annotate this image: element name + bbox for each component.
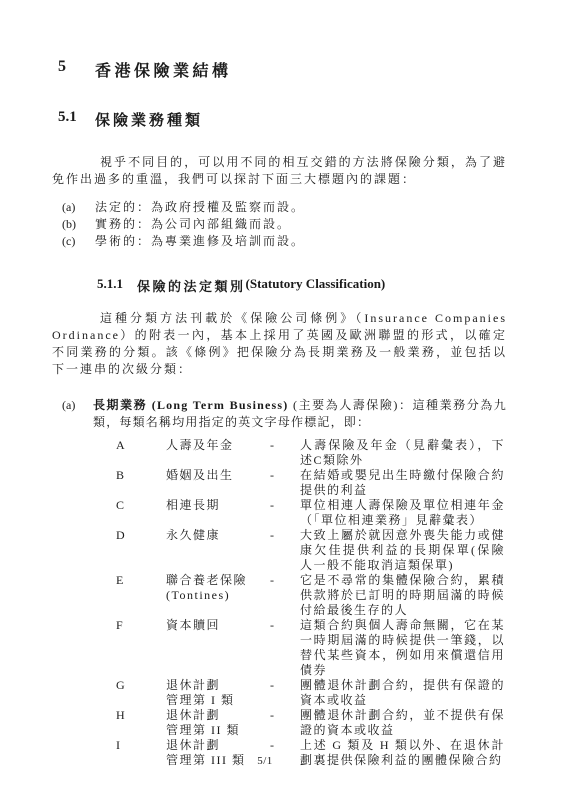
long-term-intro: 長期業務 (Long Term Business) (主要為人壽保險)：這種業務… [93,397,507,431]
class-description: 單位相連人壽保險及單位相連年金（「單位相連業務」見辭彙表） [300,498,505,528]
class-term-line2: 管理第 II 類 [166,723,270,738]
class-description: 它是不尋常的集體保險合約，累積供款將於已訂明的時期屆滿的時候付給最後生存的人 [300,573,505,618]
class-row-c: C 相連長期 - 單位相連人壽保險及單位相連年金（「單位相連業務」見辭彙表） [52,498,507,528]
class-term: 永久健康 [166,528,270,543]
dash-separator: - [270,708,300,723]
class-row-d: D 永久健康 - 大致上屬於就因意外喪失能力或健康欠佳提供利益的長期保單(保險人… [52,528,507,573]
long-term-label: (a) [62,397,93,431]
list-item-label: (c) [62,233,95,250]
class-letter: F [116,618,166,633]
class-term: 退休計劃 管理第 II 類 [166,708,270,738]
list-item-text: 法定的：為政府授權及監察而設。 [95,199,305,216]
class-table: A 人壽及年金 - 人壽保險及年金（見辭彙表），下述C類除外 B 婚姻及出生 -… [52,438,507,768]
statutory-heading-number: 5.1.1 [97,276,123,295]
dash-separator: - [270,528,300,543]
class-letter: E [116,573,166,588]
class-letter: D [116,528,166,543]
list-item-text: 實務的：為公司內部組織而設。 [95,216,291,233]
class-term-line1: 聯合養老保險 [166,573,270,588]
statutory-paragraph: 這種分類方法刊載於《保險公司條例》（Insurance Companies Or… [52,310,507,378]
statutory-heading-title-zh: 保險的法定類別 [137,276,246,295]
class-term: 聯合養老保險 (Tontines) [166,573,270,603]
dash-separator: - [270,573,300,588]
class-description: 在結婚或嬰兒出生時繳付保險合約提供的利益 [300,468,505,498]
page-number: 5/1 [0,755,530,767]
class-term-line1: 婚姻及出生 [166,468,270,483]
document-page: 5 香港保險業結構 5.1 保險業務種類 視乎不同目的，可以用不同的相互交錯的方… [0,0,565,800]
dash-separator: - [270,498,300,513]
class-term-line2: (Tontines) [166,588,270,603]
statutory-heading-title-en: (Statutory Classification) [246,276,386,295]
class-term: 相連長期 [166,498,270,513]
class-term: 資本贖回 [166,618,270,633]
class-term: 婚姻及出生 [166,468,270,483]
dash-separator: - [270,438,300,453]
dash-separator: - [270,468,300,483]
list-item-label: (a) [62,199,95,216]
class-term-line1: 資本贖回 [166,618,270,633]
list-item-label: (b) [62,216,95,233]
class-letter: B [116,468,166,483]
long-term-business-block: (a) 長期業務 (Long Term Business) (主要為人壽保險)：… [62,397,507,431]
class-letter: A [116,438,166,453]
statutory-heading: 5.1.1 保險的法定類別 (Statutory Classification) [97,276,507,295]
section-heading: 5 香港保險業結構 [58,58,507,81]
class-description: 團體退休計劃合約，提供有保證的資本或收益 [300,678,505,708]
subsection-title: 保險業務種類 [95,109,203,130]
dash-separator: - [270,738,300,753]
class-description: 大致上屬於就因意外喪失能力或健康欠佳提供利益的長期保單(保險人一般不能取消這類保… [300,528,505,573]
list-item: (c) 學術的：為專業進修及培訓而設。 [62,233,507,250]
list-item-text: 學術的：為專業進修及培訓而設。 [95,233,305,250]
class-row-a: A 人壽及年金 - 人壽保險及年金（見辭彙表），下述C類除外 [52,438,507,468]
long-term-title: 長期業務 (Long Term Business) [93,398,288,412]
class-row-e: E 聯合養老保險 (Tontines) - 它是不尋常的集體保險合約，累積供款將… [52,573,507,618]
class-term-line1: 永久健康 [166,528,270,543]
class-term-line1: 退休計劃 [166,738,270,753]
section-title: 香港保險業結構 [95,58,232,81]
class-row-f: F 資本贖回 - 這類合約與個人壽命無關，它在某一時期屆滿的時候提供一筆錢，以替… [52,618,507,678]
class-term-line1: 退休計劃 [166,708,270,723]
subsection-heading: 5.1 保險業務種類 [58,109,507,130]
class-letter: C [116,498,166,513]
class-term-line1: 相連長期 [166,498,270,513]
dash-separator: - [270,678,300,693]
class-term: 退休計劃 管理第 I 類 [166,678,270,708]
class-term-line1: 退休計劃 [166,678,270,693]
classification-list: (a) 法定的：為政府授權及監察而設。 (b) 實務的：為公司內部組織而設。 (… [62,199,507,250]
class-term-line1: 人壽及年金 [166,438,270,453]
class-description: 這類合約與個人壽命無關，它在某一時期屆滿的時候提供一筆錢，以替代某些資本，例如用… [300,618,505,678]
list-item: (a) 法定的：為政府授權及監察而設。 [62,199,507,216]
class-row-h: H 退休計劃 管理第 II 類 - 團體退休計劃合約，並不提供有保證的資本或收益 [52,708,507,738]
class-row-g: G 退休計劃 管理第 I 類 - 團體退休計劃合約，提供有保證的資本或收益 [52,678,507,708]
class-row-b: B 婚姻及出生 - 在結婚或嬰兒出生時繳付保險合約提供的利益 [52,468,507,498]
subsection-number: 5.1 [58,109,95,130]
class-description: 團體退休計劃合約，並不提供有保證的資本或收益 [300,708,505,738]
class-description: 人壽保險及年金（見辭彙表），下述C類除外 [300,438,505,468]
class-letter: H [116,708,166,723]
class-term: 人壽及年金 [166,438,270,453]
intro-paragraph: 視乎不同目的，可以用不同的相互交錯的方法將保險分類，為了避免作出過多的重溫，我們… [52,154,507,188]
list-item: (b) 實務的：為公司內部組織而設。 [62,216,507,233]
class-letter: I [116,738,166,753]
dash-separator: - [270,618,300,633]
section-number: 5 [58,58,95,81]
class-term-line2: 管理第 I 類 [166,693,270,708]
class-letter: G [116,678,166,693]
